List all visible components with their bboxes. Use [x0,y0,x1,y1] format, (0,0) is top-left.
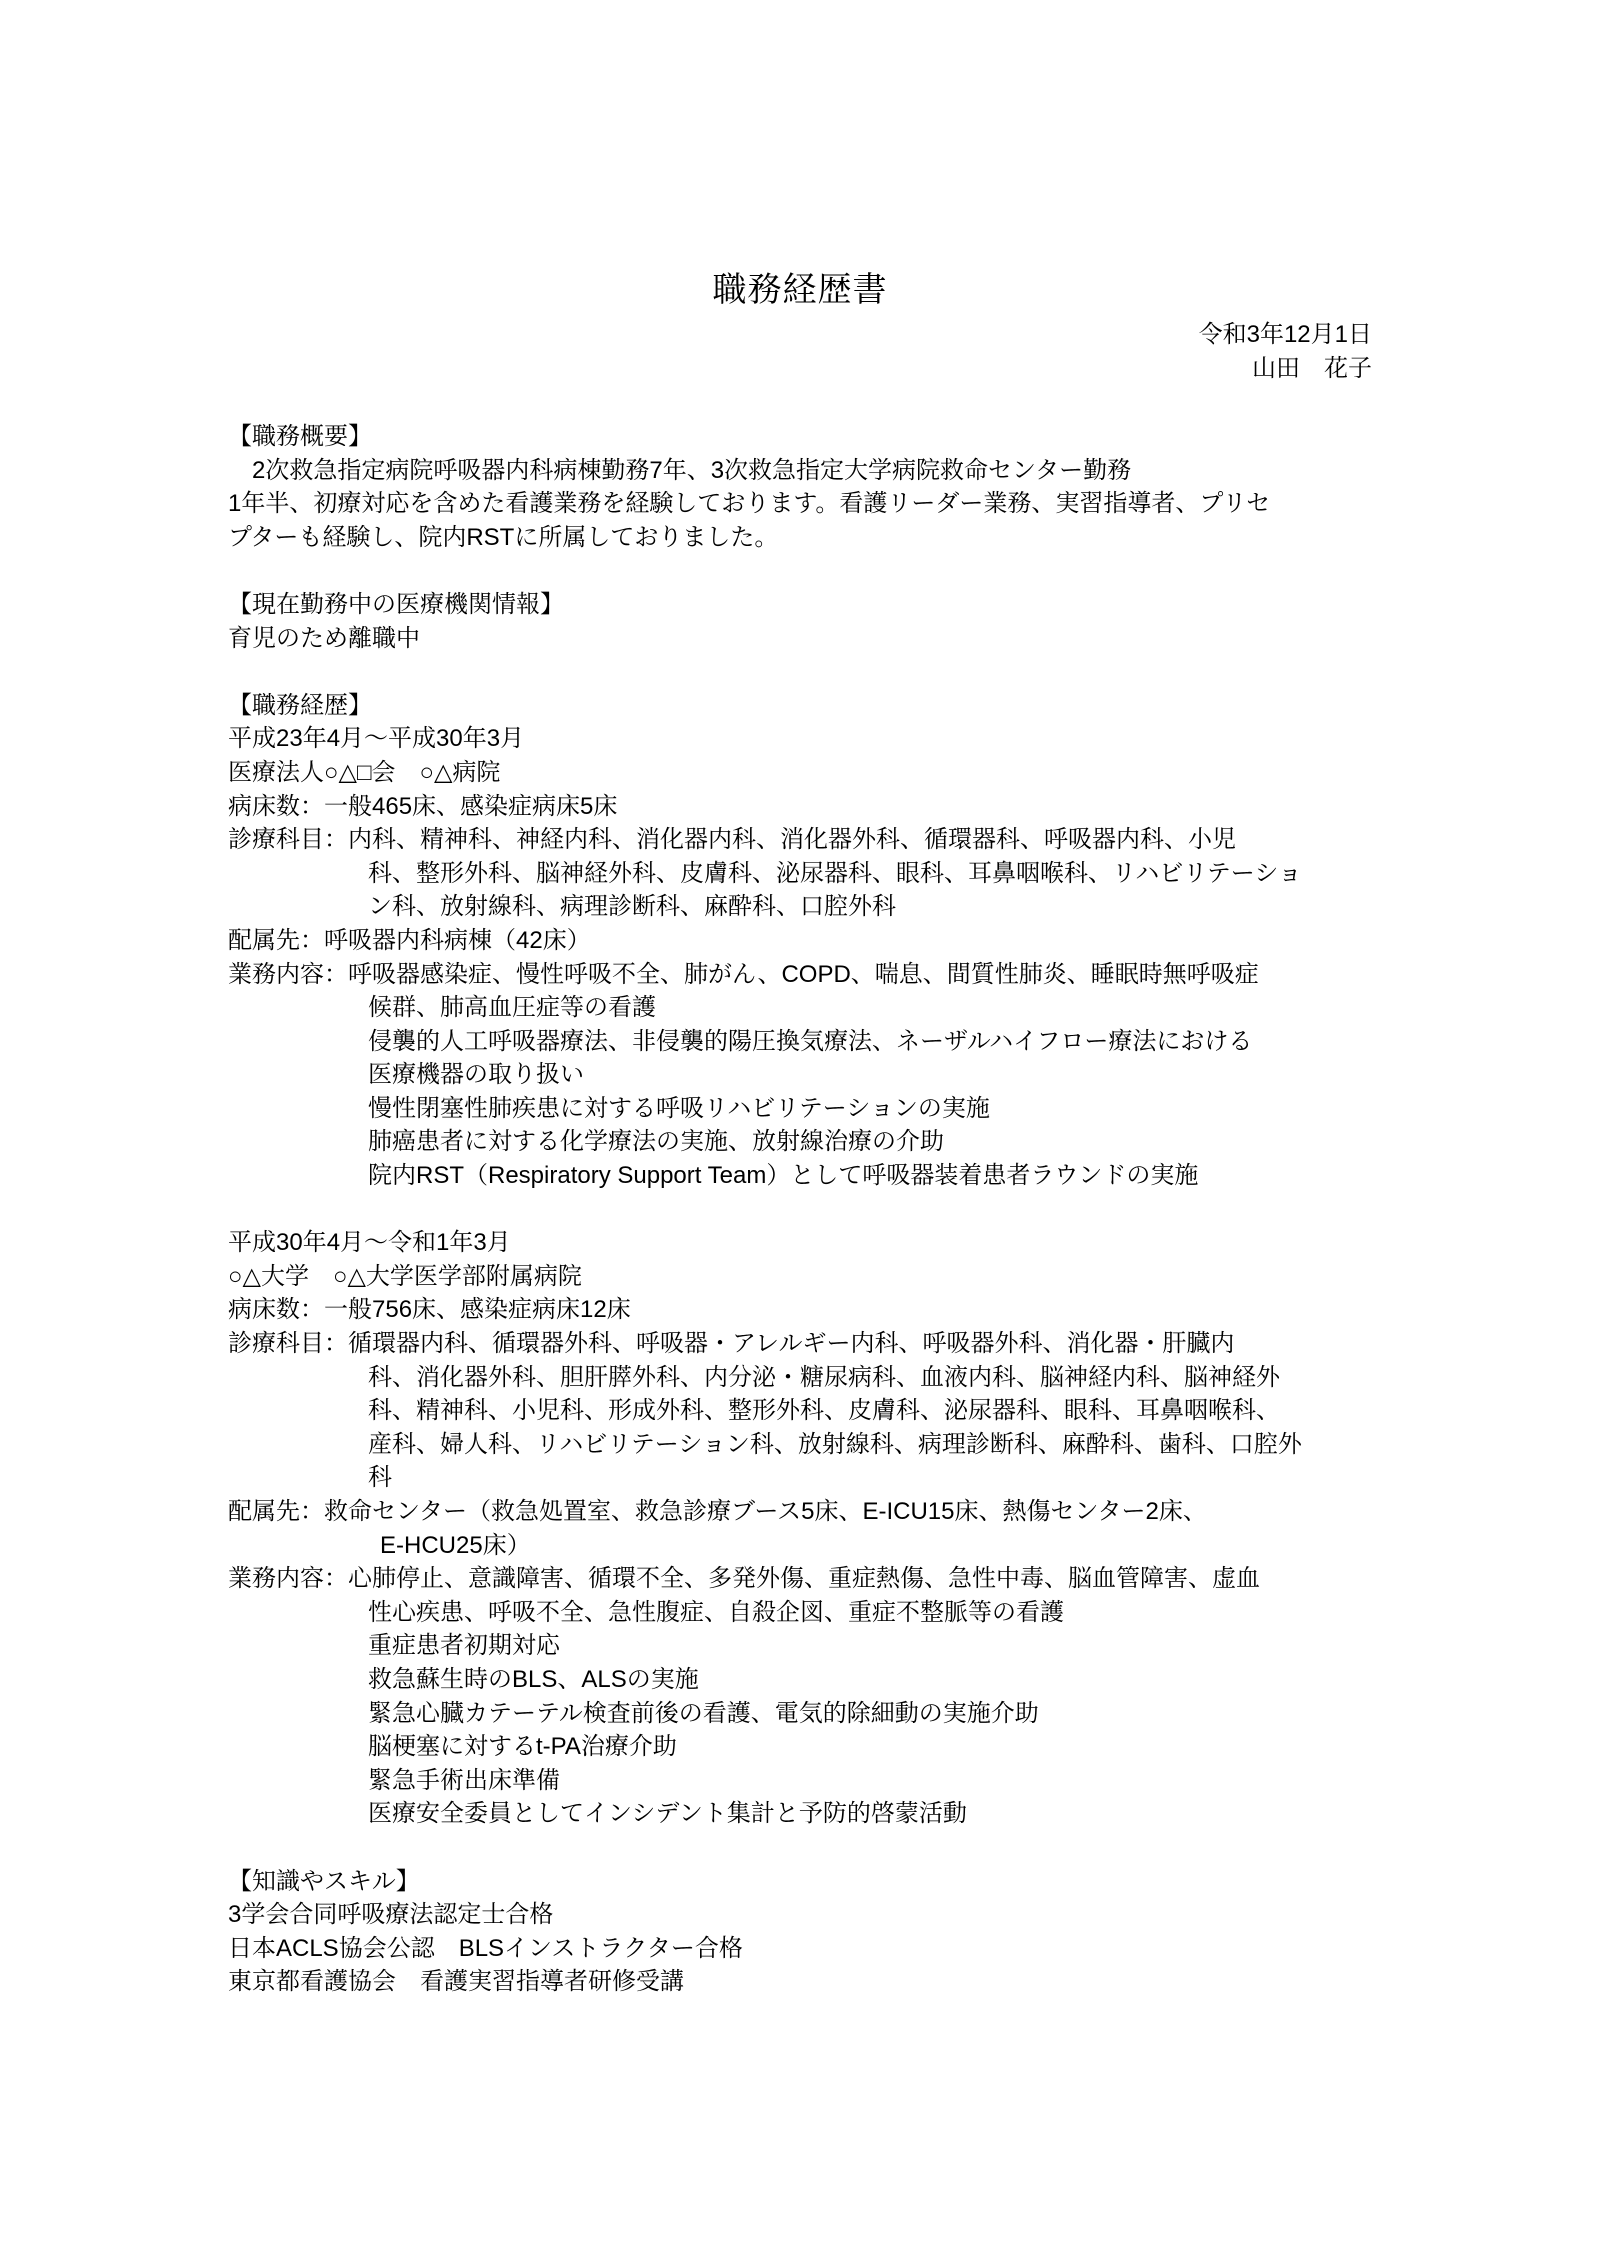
depts-value: 科、消化器外科、胆肝膵外科、内分泌・糖尿病科、血液内科、脳神経内科、脳神経外 [228,1361,1378,1395]
author-name: 山田 花子 [1199,352,1372,386]
job-institution: 医療法人○△□会 ○△病院 [228,756,1378,790]
assignment-value: E-HCU25床） [228,1529,1378,1563]
duty-item: 緊急手術出床準備 [228,1764,1378,1798]
job-assignment: 配属先：呼吸器内科病棟（42床） [228,924,1378,958]
summary-line: プターも経験し、院内RSTに所属しておりました。 [228,521,1378,555]
document-body: 【職務概要】 2次救急指定病院呼吸器内科病棟勤務7年、3次救急指定大学病院救命セ… [228,420,1378,1999]
duties-label: 業務内容： [228,958,348,992]
duty-item: 院内RST（Respiratory Support Team）として呼吸器装着患… [228,1159,1378,1193]
job-duties: 業務内容：心肺停止、意識障害、循環不全、多発外傷、重症熱傷、急性中毒、脳血管障害… [228,1562,1378,1596]
depts-value: 内科、精神科、神経内科、消化器内科、消化器外科、循環器科、呼吸器内科、小児 [348,823,1236,857]
beds-value: 一般756床、感染症病床12床 [324,1293,631,1327]
duty-item: 救急蘇生時のBLS、ALSの実施 [228,1663,1378,1697]
skill-item: 東京都看護協会 看護実習指導者研修受講 [228,1965,1378,1999]
current-text: 育児のため離職中 [228,622,1378,656]
job-depts: 診療科目：循環器内科、循環器外科、呼吸器・アレルギー内科、呼吸器外科、消化器・肝… [228,1327,1378,1361]
beds-value: 一般465床、感染症病床5床 [324,790,617,824]
job-assignment: 配属先：救命センター（救急処置室、救急診療ブース5床、E-ICU15床、熱傷セン… [228,1495,1378,1529]
summary-line: 1年半、初療対応を含めた看護業務を経験しております。看護リーダー業務、実習指導者… [228,487,1378,521]
skill-item: 日本ACLS協会公認 BLSインストラクター合格 [228,1932,1378,1966]
assignment-label: 配属先： [228,924,324,958]
resume-page: 職務経歴書 令和3年12月1日 山田 花子 【職務概要】 2次救急指定病院呼吸器… [0,0,1600,2262]
job-institution: ○△大学 ○△大学医学部附属病院 [228,1260,1378,1294]
job-period: 平成23年4月～平成30年3月 [228,722,1378,756]
assignment-value: 救命センター（救急処置室、救急診療ブース5床、E-ICU15床、熱傷センター2床… [324,1495,1207,1529]
duty-item: 性心疾患、呼吸不全、急性腹症、自殺企図、重症不整脈等の看護 [228,1596,1378,1630]
beds-label: 病床数： [228,790,324,824]
assignment-value: 呼吸器内科病棟（42床） [324,924,591,958]
depts-label: 診療科目： [228,1327,348,1361]
duty-item: 医療機器の取り扱い [228,1058,1378,1092]
skills-heading: 【知識やスキル】 [228,1865,1378,1899]
duty-item: 重症患者初期対応 [228,1629,1378,1663]
duty-item: 侵襲的人工呼吸器療法、非侵襲的陽圧換気療法、ネーザルハイフロー療法における [228,1025,1378,1059]
document-title: 職務経歴書 [0,268,1600,312]
document-date: 令和3年12月1日 [1199,318,1372,352]
depts-value: 産科、婦人科、リハビリテーション科、放射線科、病理診断科、麻酔科、歯科、口腔外 [228,1428,1378,1462]
spacer [228,1831,1378,1865]
summary-line: 2次救急指定病院呼吸器内科病棟勤務7年、3次救急指定大学病院救命センター勤務 [228,454,1378,488]
depts-label: 診療科目： [228,823,348,857]
depts-value: 科、整形外科、脳神経外科、皮膚科、泌尿器科、眼科、耳鼻咽喉科、リハビリテーショ [228,857,1378,891]
assignment-label: 配属先： [228,1495,324,1529]
depts-value: 科 [228,1461,1378,1495]
beds-label: 病床数： [228,1293,324,1327]
duty-item: 医療安全委員としてインシデント集計と予防的啓蒙活動 [228,1797,1378,1831]
skill-item: 3学会合同呼吸療法認定士合格 [228,1898,1378,1932]
duty-item: 慢性閉塞性肺疾患に対する呼吸リハビリテーションの実施 [228,1092,1378,1126]
duty-item: 心肺停止、意識障害、循環不全、多発外傷、重症熱傷、急性中毒、脳血管障害、虚血 [348,1562,1260,1596]
job-duties: 業務内容：呼吸器感染症、慢性呼吸不全、肺がん、COPD、喘息、間質性肺炎、睡眠時… [228,958,1378,992]
history-heading: 【職務経歴】 [228,689,1378,723]
job-entry: 平成30年4月～令和1年3月 ○△大学 ○△大学医学部附属病院 病床数：一般75… [228,1226,1378,1831]
depts-value: 科、精神科、小児科、形成外科、整形外科、皮膚科、泌尿器科、眼科、耳鼻咽喉科、 [228,1394,1378,1428]
duty-item: 脳梗塞に対するt-PA治療介助 [228,1730,1378,1764]
job-beds: 病床数：一般465床、感染症病床5床 [228,790,1378,824]
depts-value: 循環器内科、循環器外科、呼吸器・アレルギー内科、呼吸器外科、消化器・肝臓内 [348,1327,1234,1361]
job-depts: 診療科目：内科、精神科、神経内科、消化器内科、消化器外科、循環器科、呼吸器内科、… [228,823,1378,857]
job-beds: 病床数：一般756床、感染症病床12床 [228,1293,1378,1327]
duties-label: 業務内容： [228,1562,348,1596]
spacer [228,1193,1378,1227]
spacer [228,655,1378,689]
depts-value: ン科、放射線科、病理診断科、麻酔科、口腔外科 [228,890,1378,924]
summary-heading: 【職務概要】 [228,420,1378,454]
job-entry: 平成23年4月～平成30年3月 医療法人○△□会 ○△病院 病床数：一般465床… [228,722,1378,1192]
document-meta: 令和3年12月1日 山田 花子 [1199,318,1372,386]
job-period: 平成30年4月～令和1年3月 [228,1226,1378,1260]
duty-item: 緊急心臓カテーテル検査前後の看護、電気的除細動の実施介助 [228,1697,1378,1731]
spacer [228,554,1378,588]
duty-item: 候群、肺高血圧症等の看護 [228,991,1378,1025]
duty-item: 呼吸器感染症、慢性呼吸不全、肺がん、COPD、喘息、間質性肺炎、睡眠時無呼吸症 [348,958,1259,992]
duty-item: 肺癌患者に対する化学療法の実施、放射線治療の介助 [228,1125,1378,1159]
current-heading: 【現在勤務中の医療機関情報】 [228,588,1378,622]
